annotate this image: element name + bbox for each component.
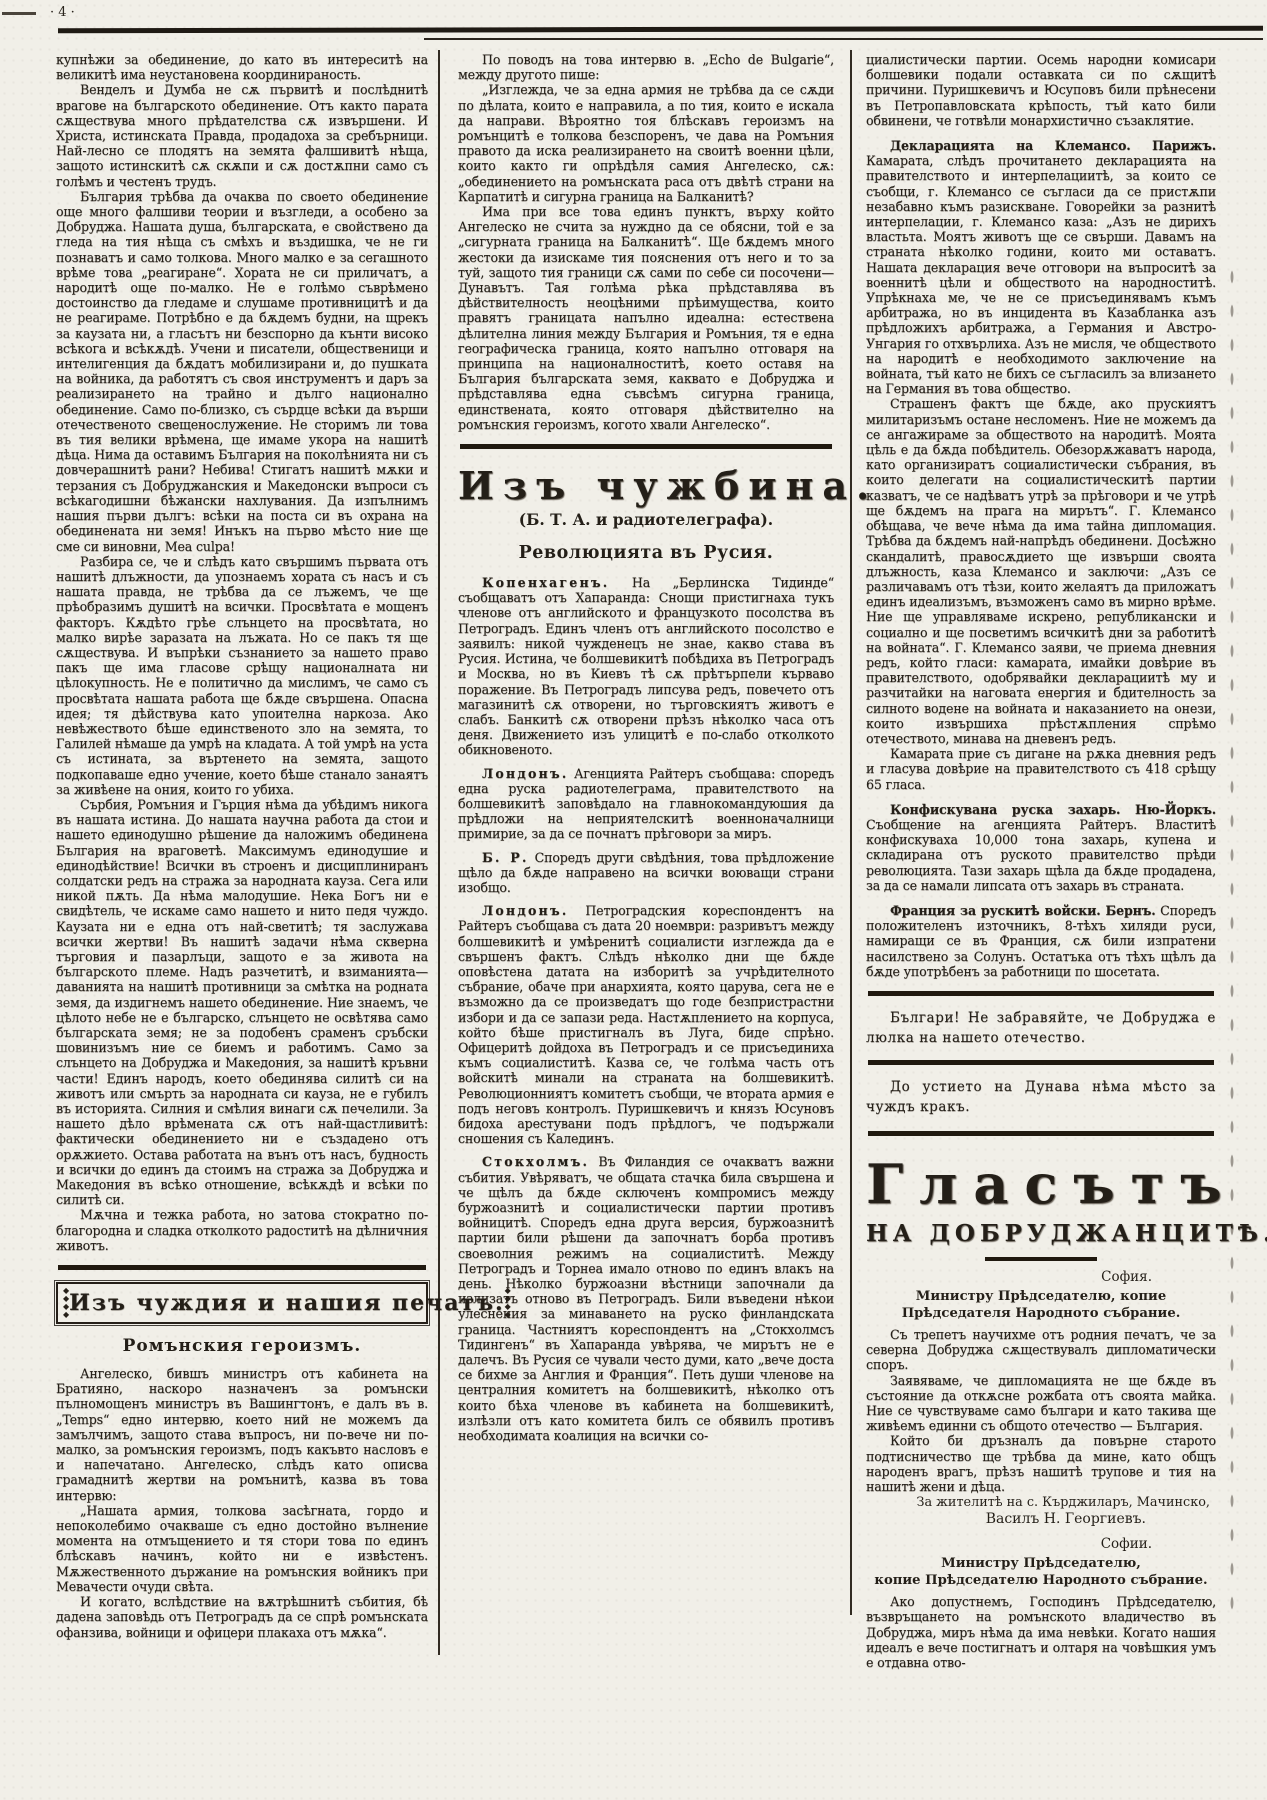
clemenceau-text-1: Камарата, слѣдъ прочитането декларацията… xyxy=(866,153,1216,396)
letter2-paragraph: Ако допустнемъ, Господинъ Прѣдседателю, … xyxy=(866,1594,1216,1670)
slogan-divider-bottom xyxy=(868,1131,1214,1136)
top-rule xyxy=(58,26,1263,34)
column-middle: По поводъ на това интервю в. „Echo de Bu… xyxy=(458,52,834,1670)
dispatch: Б. Р. Споредъ други свѣдѣния, това прѣдл… xyxy=(458,850,834,896)
top-rule-thin xyxy=(424,38,1263,40)
echo-article-paragraphs: По поводъ на това интервю в. „Echo de Bu… xyxy=(458,52,834,432)
letter2-addressee-line2: копие Прѣдседателю Народното събрание. xyxy=(866,1572,1216,1589)
editorial-paragraph: България трѣбва да очаква по своето обед… xyxy=(56,189,428,554)
page-number: · 4 · xyxy=(50,5,75,20)
dispatch-dateline: Копенхагенъ. xyxy=(482,575,609,590)
voice-masthead-title: Гласътъ xyxy=(866,1152,1216,1216)
article-paragraph: „Нашата армия, толкова засѣгната, гордо … xyxy=(56,1503,428,1594)
echo-paragraph: „Изглежда, че за една армия не трѣбва да… xyxy=(458,82,834,204)
page-edge-marks xyxy=(1228,260,1236,1610)
dispatch-dateline: Стокхолмъ. xyxy=(482,1154,589,1169)
sugar-text: Съобщение на агенцията Райтеръ. Властитѣ… xyxy=(866,817,1216,893)
slogan-danube: До устието на Дунава нѣма мѣсто за чуждъ… xyxy=(866,1077,1216,1117)
dispatch-text: На „Берлинска Тидинде“ съобщаватъ отъ Ха… xyxy=(458,575,834,757)
editorial-paragraph: Венделъ и Думба не сѫ първитѣ и послѣдни… xyxy=(56,82,428,188)
foreign-section-title: Изъ чужбина. xyxy=(458,463,834,508)
letter1-signature-for: За жителитѣ на с. Кърджиларъ, Мачинско, xyxy=(866,1494,1216,1511)
letter1-signature-name: Василъ Н. Георгиевъ. xyxy=(866,1511,1216,1528)
column-right: циалистически партии. Осемь народни коми… xyxy=(866,52,1216,1670)
columns: купнѣжи за обединение, до като въ интере… xyxy=(56,52,1216,1670)
russia-continuation-paragraph: циалистически партии. Осемь народни коми… xyxy=(866,52,1216,128)
voice-masthead-subtitle: НА ДОБРУДЖАНЦИТѢ. xyxy=(866,1220,1216,1247)
sugar-headline: Конфискувана руска захарь. Ню-Йоркъ. xyxy=(890,802,1216,817)
section-divider xyxy=(460,444,832,449)
masthead-rule xyxy=(985,1257,1097,1261)
clemenceau-text-2: Страшенъ фактъ ще бѫде, ако прускиятъ ми… xyxy=(866,396,1216,746)
press-review-header-box: ◆◆◆◆ Изъ чуждия и нашия печатъ. ◆◆◆◆ xyxy=(56,1282,428,1324)
letter1-addressee: Министру Прѣдседателю, копие Прѣдседател… xyxy=(866,1288,1216,1322)
letter1-paragraphs: Съ трепетъ научихме отъ родния печатъ, ч… xyxy=(866,1327,1216,1494)
dispatch-list: Копенхагенъ. На „Берлинска Тидинде“ съоб… xyxy=(458,575,834,1443)
slogan-divider-top xyxy=(868,991,1214,996)
dispatch-dateline: Б. Р. xyxy=(482,850,529,865)
letter1-paragraph: Заявяваме, че дипломацията не ще бѫде въ… xyxy=(866,1373,1216,1434)
dispatch-dateline: Лондонъ. xyxy=(482,903,568,918)
editorial-paragraph: Сърбия, Ромъния и Гърция нѣма да убѣдимъ… xyxy=(56,797,428,1207)
dispatch: Лондонъ. Агенцията Райтеръ съобщава: спо… xyxy=(458,766,834,842)
clemenceau-text-3: Камарата прие съ дигане на рѫка дневния … xyxy=(866,746,1216,792)
editorial-paragraphs: Венделъ и Думба не сѫ първитѣ и послѣдни… xyxy=(56,82,428,1253)
letter1-paragraph: Който би дръзналъ да повърне старото под… xyxy=(866,1433,1216,1494)
editorial-paragraph: Мѫчна и тежка работа, но затова стократн… xyxy=(56,1207,428,1253)
dispatch-dateline: Лондонъ. xyxy=(482,766,568,781)
press-review-title: Изъ чуждия и нашия печатъ. xyxy=(69,1290,505,1316)
article-paragraphs: Ангелеско, бившъ министръ отъ кабинета н… xyxy=(56,1366,428,1640)
newspaper-page: · 4 · купнѣжи за обединение, до като въ … xyxy=(0,0,1267,1800)
section-divider xyxy=(58,1265,426,1270)
sugar-article: Конфискувана руска захарь. Ню-Йоркъ. Съо… xyxy=(866,802,1216,893)
france-article: Франция за рускитѣ войски. Бернъ. Според… xyxy=(866,903,1216,979)
dispatch: Лондонъ. Петроградския кореспондентъ на … xyxy=(458,903,834,1146)
echo-paragraph: Има при все това единъ пунктъ, върху кой… xyxy=(458,204,834,432)
slogan-dobrudzha: Българи! Не забравяйте, че Добруджа е лю… xyxy=(866,1008,1216,1048)
slogan-divider-middle xyxy=(868,1060,1214,1065)
column-left: купнѣжи за обединение, до като въ интере… xyxy=(56,52,428,1670)
letter2-addressee-line1: Министру Прѣдседателю, xyxy=(866,1555,1216,1572)
dispatch: Стокхолмъ. Въ Филандия се очакватъ важни… xyxy=(458,1154,834,1443)
dispatch-text: Въ Филандия се очакватъ важни събития. У… xyxy=(458,1154,834,1443)
article-paragraph: И когато, вслѣдствие на вѫтрѣшнитѣ събит… xyxy=(56,1594,428,1640)
clemenceau-headline: Декларацията на Клемансо. Парижъ. xyxy=(890,138,1216,153)
editorial-paragraph: Разбира се, че и слѣдъ като свършимъ пър… xyxy=(56,554,428,797)
dispatch-text: Петроградския кореспондентъ на Райтеръ с… xyxy=(458,903,834,1146)
letter1-paragraph: Съ трепетъ научихме отъ родния печатъ, ч… xyxy=(866,1327,1216,1373)
revolution-subhead: Революцията въ Русия. xyxy=(458,543,834,563)
letter1-place: София. xyxy=(866,1269,1216,1285)
clemenceau-declaration-paragraph: Декларацията на Клемансо. Парижъ. Камара… xyxy=(866,138,1216,396)
echo-paragraph: По поводъ на това интервю в. „Echo de Bu… xyxy=(458,52,834,82)
letter2-place: Софии. xyxy=(866,1536,1216,1552)
editorial-continuation-paragraph: купнѣжи за обединение, до като въ интере… xyxy=(56,52,428,82)
article-paragraph: Ангелеско, бившъ министръ отъ кабинета н… xyxy=(56,1366,428,1503)
dispatch: Копенхагенъ. На „Берлинска Тидинде“ съоб… xyxy=(458,575,834,757)
article-title-romanian-heroism: Ромънския героизмъ. xyxy=(56,1336,428,1356)
france-headline: Франция за рускитѣ войски. Бернъ. xyxy=(890,903,1156,918)
margin-dash xyxy=(2,12,36,15)
foreign-agency-note: (Б. Т. А. и радиотелеграфа). xyxy=(458,510,834,529)
